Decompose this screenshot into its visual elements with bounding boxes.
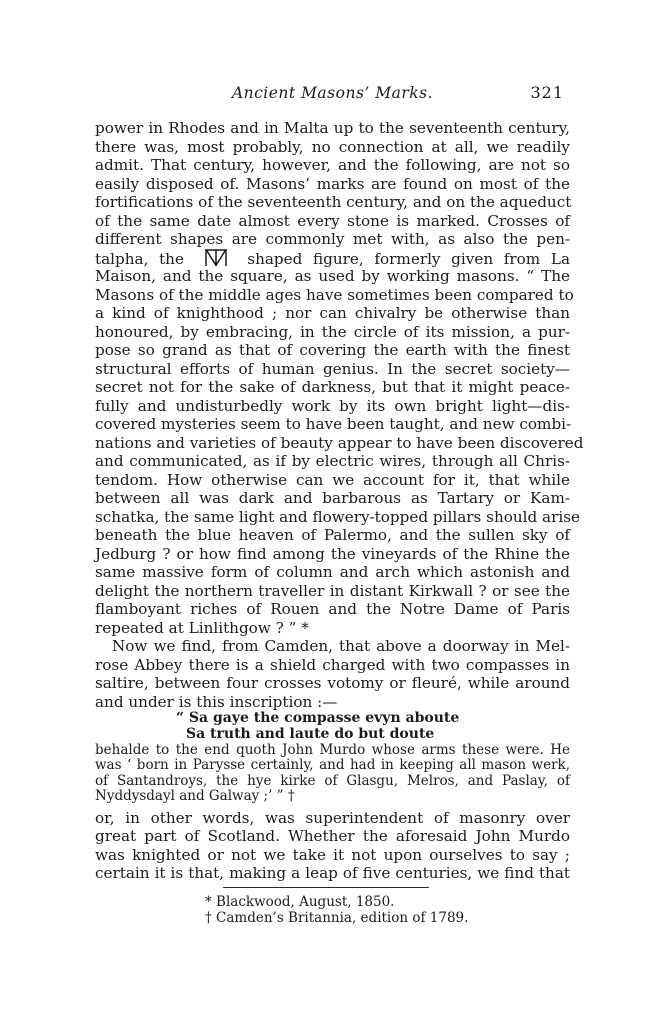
- text-line: power in Rhodes and in Malta up to the s…: [95, 119, 570, 138]
- text-line: great part of Scotland. Whether the afor…: [95, 827, 570, 846]
- footnotes: * Blackwood, August, 1850. † Camden’s Br…: [205, 895, 570, 926]
- book-page: Ancient Masons’ Marks. 321 power in Rhod…: [0, 0, 663, 1010]
- text-line: and communicated, as if by electric wire…: [95, 452, 570, 471]
- text-line: flamboyant riches of Rouen and the Notre…: [95, 600, 570, 619]
- text-line: Nyddysdayl and Galway ;’ ” †: [95, 789, 570, 805]
- paragraph-1: power in Rhodes and in Malta up to the s…: [95, 119, 570, 637]
- text-segment: shaped figure, formerly given from La: [247, 250, 570, 268]
- text-line: schatka, the same light and flowery-topp…: [95, 508, 570, 527]
- text-line: of Santandroys, the hye kirke of Glasgu,…: [95, 774, 570, 790]
- text-line: structural efforts of human genius. In t…: [95, 360, 570, 379]
- text-line: Maison, and the square, as used by worki…: [95, 267, 570, 286]
- text-line: nations and varieties of beauty appear t…: [95, 434, 570, 453]
- footnote-separator: [223, 887, 429, 888]
- text-line: rose Abbey there is a shield charged wit…: [95, 656, 570, 675]
- text-line: same massive form of column and arch whi…: [95, 563, 570, 582]
- text-line: Jedburg ? or how find among the vineyard…: [95, 545, 570, 564]
- text-line: fortifications of the seventeenth centur…: [95, 193, 570, 212]
- text-segment: talpha, the: [95, 250, 184, 268]
- text-block: Ancient Masons’ Marks. 321 power in Rhod…: [95, 84, 570, 926]
- text-line: was ‘ born in Parysse certainly, and had…: [95, 758, 570, 774]
- text-line: a kind of knighthood ; nor can chivalry …: [95, 304, 570, 323]
- quotation-small-text: behalde to the end quoth John Murdo whos…: [95, 743, 570, 805]
- text-line: Now we find, from Camden, that above a d…: [95, 637, 570, 656]
- text-line: or, in other words, was superintendent o…: [95, 809, 570, 828]
- text-line: and under is this inscription :—: [95, 693, 570, 712]
- verse-line: Sa truth and laute do but doute: [186, 727, 570, 743]
- text-line: covered mysteries seem to have been taug…: [95, 415, 570, 434]
- text-line: admit. That century, however, and the fo…: [95, 156, 570, 175]
- footnote-line: † Camden’s Britannia, edition of 1789.: [205, 911, 570, 927]
- text-line: different shapes are commonly met with, …: [95, 230, 570, 249]
- text-line: beneath the blue heaven of Palermo, and …: [95, 526, 570, 545]
- text-line: certain it is that, making a leap of fiv…: [95, 864, 570, 883]
- text-line: fully and undisturbedly work by its own …: [95, 397, 570, 416]
- text-line: behalde to the end quoth John Murdo whos…: [95, 743, 570, 759]
- text-line: saltire, between four crosses votomy or …: [95, 674, 570, 693]
- text-line: honoured, by embracing, in the circle of…: [95, 323, 570, 342]
- page-number: 321: [530, 84, 564, 102]
- text-line: tendom. How otherwise can we account for…: [95, 471, 570, 490]
- text-line: secret not for the sake of darkness, but…: [95, 378, 570, 397]
- mason-mark-icon: [205, 249, 227, 266]
- text-line: delight the northern traveller in distan…: [95, 582, 570, 601]
- verse-line: “ Sa gaye the compasse evyn aboute: [176, 711, 570, 727]
- running-title: Ancient Masons’ Marks.: [232, 84, 433, 102]
- text-line: pose so grand as that of covering the ea…: [95, 341, 570, 360]
- text-line: there was, most probably, no connection …: [95, 138, 570, 157]
- text-line: of the same date almost every stone is m…: [95, 212, 570, 231]
- footnote-line: * Blackwood, August, 1850.: [205, 895, 570, 911]
- page-header: Ancient Masons’ Marks. 321: [95, 84, 570, 102]
- text-line: between all was dark and barbarous as Ta…: [95, 489, 570, 508]
- text-line: repeated at Linlithgow ? ” *: [95, 619, 570, 638]
- text-line-with-symbol: talpha, the shaped figure, formerly give…: [95, 249, 570, 268]
- text-line: Masons of the middle ages have sometimes…: [95, 286, 570, 305]
- text-line: easily disposed of. Masons’ marks are fo…: [95, 175, 570, 194]
- paragraph-3: or, in other words, was superintendent o…: [95, 809, 570, 883]
- text-line: was knighted or not we take it not upon …: [95, 846, 570, 865]
- inscription-verse: “ Sa gaye the compasse evyn aboute Sa tr…: [176, 711, 570, 743]
- paragraph-2: Now we find, from Camden, that above a d…: [95, 637, 570, 711]
